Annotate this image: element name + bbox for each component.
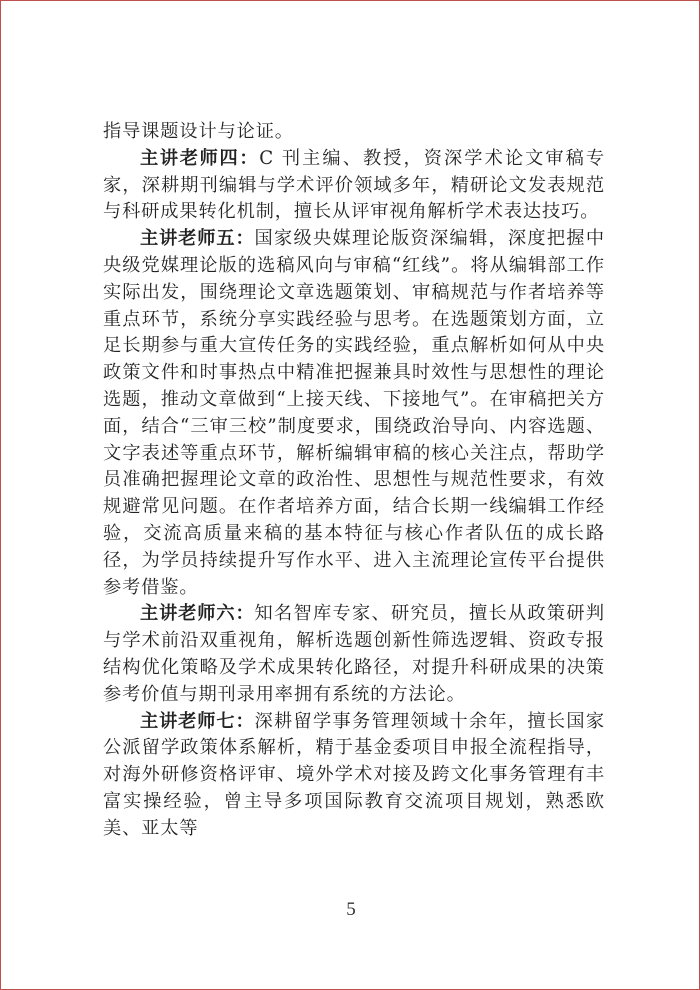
paragraph-lecturer-seven: 主讲老师七：深耕留学事务管理领域十余年，擅长国家公派留学政策体系解析，精于基金委… bbox=[103, 709, 605, 843]
document-page: 指导课题设计与论证。 主讲老师四：C 刊主编、教授，资深学术论文审稿专家，深耕期… bbox=[0, 0, 700, 990]
paragraph-lecturer-four: 主讲老师四：C 刊主编、教授，资深学术论文审稿专家，深耕期刊编辑与学术评价领域多… bbox=[103, 146, 605, 226]
paragraph-text: 指导课题设计与论证。 bbox=[103, 121, 294, 142]
body-text: 指导课题设计与论证。 主讲老师四：C 刊主编、教授，资深学术论文审稿专家，深耕期… bbox=[103, 119, 605, 843]
lecturer-label: 主讲老师五： bbox=[140, 228, 255, 249]
lecturer-label: 主讲老师七： bbox=[140, 711, 255, 732]
paragraph-lecturer-six: 主讲老师六：知名智库专家、研究员，擅长从政策研判与学术前沿双重视角，解析选题创新… bbox=[103, 601, 605, 708]
lecturer-label: 主讲老师四： bbox=[140, 148, 259, 169]
paragraph-text: 国家级央媒理论版资深编辑，深度把握中央级党媒理论版的选稿风向与审稿“红线”。将从… bbox=[103, 228, 605, 597]
paragraph-lecturer-five: 主讲老师五：国家级央媒理论版资深编辑，深度把握中央级党媒理论版的选稿风向与审稿“… bbox=[103, 226, 605, 601]
page-number: 5 bbox=[1, 899, 700, 921]
lecturer-label: 主讲老师六： bbox=[140, 603, 255, 624]
paragraph-continuation: 指导课题设计与论证。 bbox=[103, 119, 605, 146]
